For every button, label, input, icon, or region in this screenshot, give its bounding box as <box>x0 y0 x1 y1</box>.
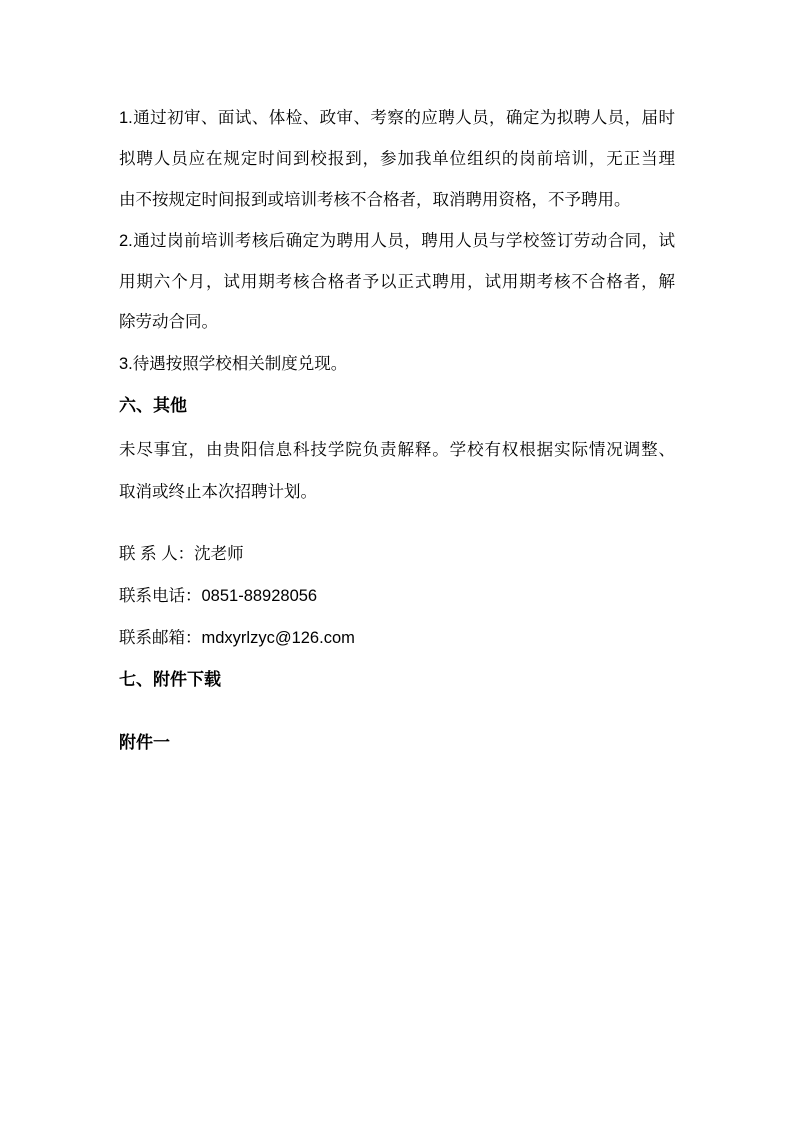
section-heading-other: 六、其他 <box>119 395 675 417</box>
contact-person: 联 系 人：沈老师 <box>119 543 675 565</box>
contact-phone: 联系电话：0851-88928056 <box>119 585 675 607</box>
terms-item1-line1: 1.通过初审、面试、体检、政审、考察的应聘人员，确定为拟聘人员，届时 <box>119 107 675 129</box>
terms-item3: 3.待遇按照学校相关制度兑现。 <box>119 353 675 375</box>
section-other-line2: 取消或终止本次招聘计划。 <box>119 481 675 503</box>
terms-item2-line3: 除劳动合同。 <box>119 311 675 333</box>
attachment-1-link[interactable]: 附件一 <box>119 732 675 754</box>
terms-item2-line2: 用期六个月，试用期考核合格者予以正式聘用，试用期考核不合格者，解 <box>119 271 675 293</box>
document-page: 1.通过初审、面试、体检、政审、考察的应聘人员，确定为拟聘人员，届时 拟聘人员应… <box>0 0 793 1122</box>
contact-email: 联系邮箱：mdxyrlzyc@126.com <box>119 627 675 649</box>
terms-item1-line2: 拟聘人员应在规定时间到校报到，参加我单位组织的岗前培训，无正当理 <box>119 148 675 170</box>
section-heading-attachments: 七、附件下载 <box>119 669 675 691</box>
terms-item1-line3: 由不按规定时间报到或培训考核不合格者，取消聘用资格，不予聘用。 <box>119 189 675 211</box>
terms-item2-line1: 2.通过岗前培训考核后确定为聘用人员，聘用人员与学校签订劳动合同，试 <box>119 230 675 252</box>
section-other-line1: 未尽事宜，由贵阳信息科技学院负责解释。学校有权根据实际情况调整、 <box>119 439 675 461</box>
